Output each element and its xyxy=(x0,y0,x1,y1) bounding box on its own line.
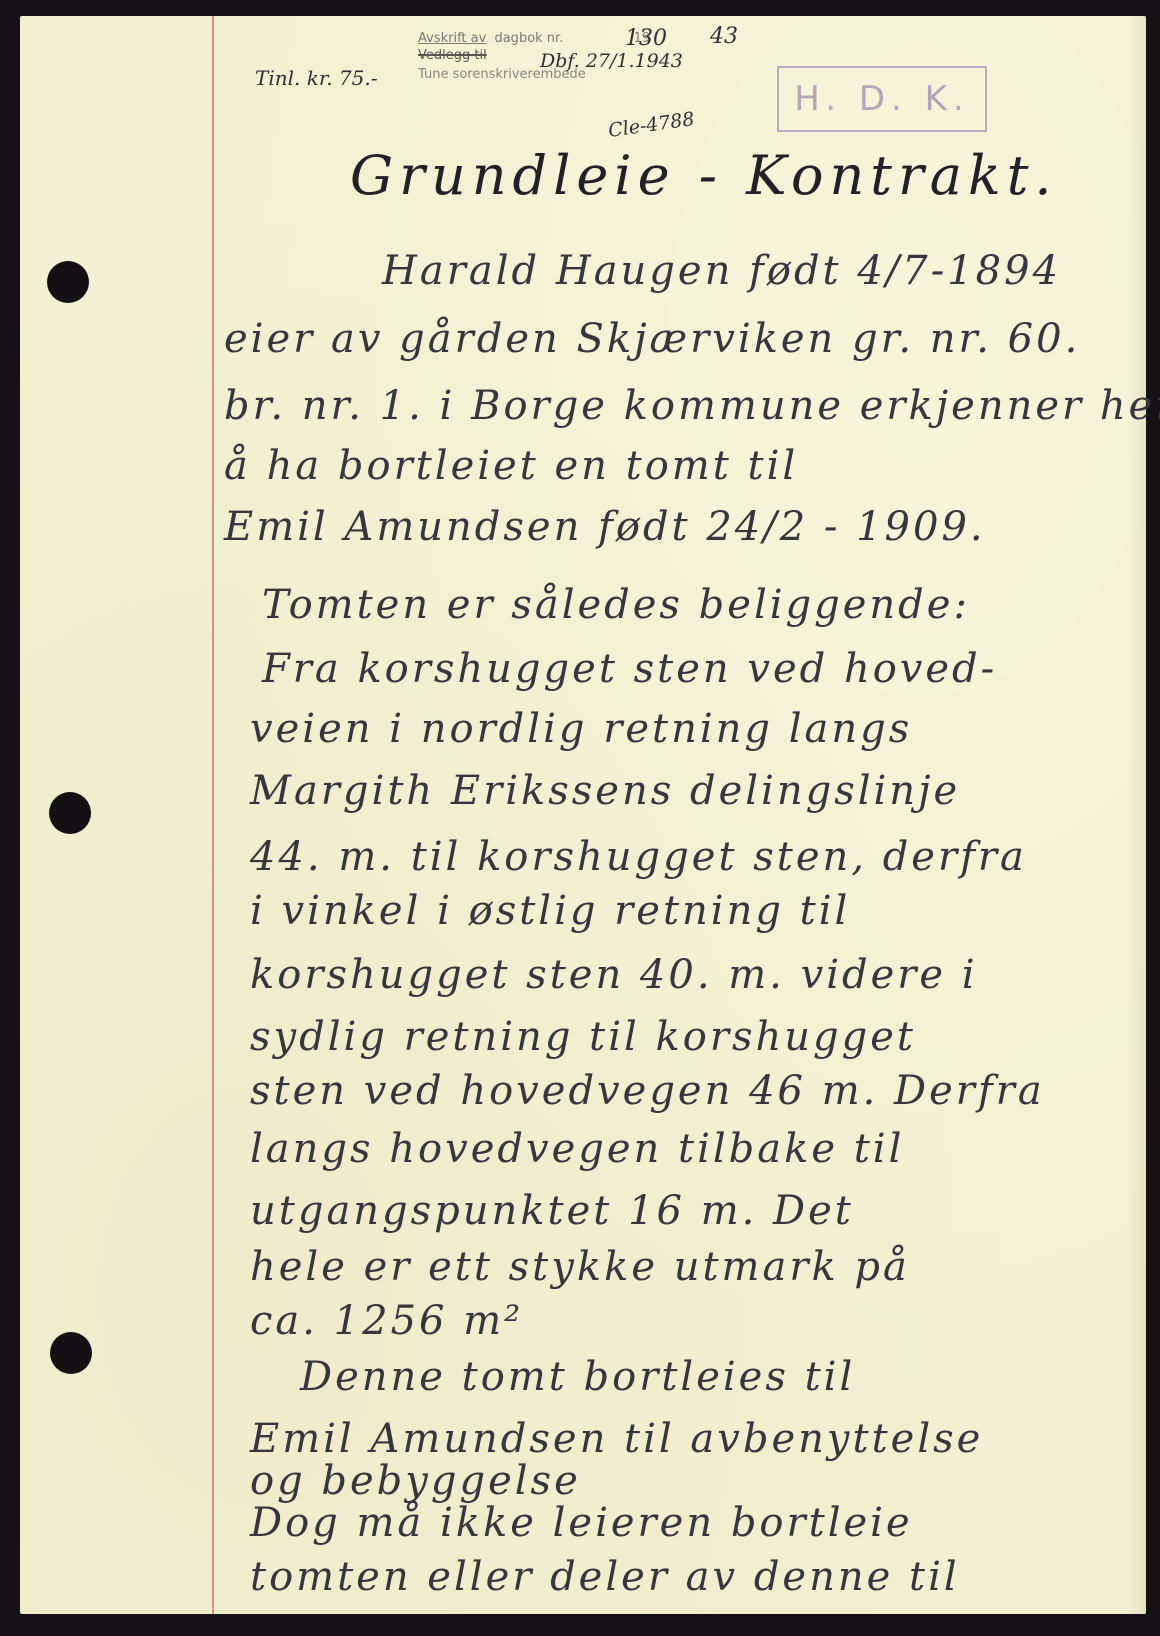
hdk-stamp: H. D. K. xyxy=(777,66,987,132)
body-line: Emil Amundsen til avbenyttelse xyxy=(250,1416,983,1462)
body-line: i vinkel i østlig retning til xyxy=(250,888,850,934)
body-line: sydlig retning til korshugget xyxy=(250,1014,916,1060)
margin-line xyxy=(212,16,214,1614)
body-line: hele er ett stykke utmark på xyxy=(250,1244,910,1290)
document-page: Tinl. kr. 75.- Avskrift av dagbok nr. 19… xyxy=(20,16,1146,1614)
body-line: Denne tomt bortleies til xyxy=(300,1354,855,1400)
body-line: langs hovedvegen tilbake til xyxy=(250,1126,904,1172)
page-edge-shadow xyxy=(1128,16,1146,1614)
body-line: Emil Amundsen født 24/2 - 1909. xyxy=(224,504,986,550)
dagbok-year: 43 xyxy=(710,24,738,49)
body-line: Harald Haugen født 4/7-1894 xyxy=(382,248,1061,294)
body-line: Tomten er således beliggende: xyxy=(262,582,970,628)
body-line: tomten eller deler av denne til xyxy=(250,1554,960,1600)
body-line: Dog må ikke leieren bortleie xyxy=(250,1500,913,1546)
case-reference: Cle-4788 xyxy=(607,108,696,142)
body-line: Fra korshugget sten ved hoved- xyxy=(262,646,997,692)
dbf-date: Dbf. 27/1.1943 xyxy=(540,50,683,72)
stamp-dagbok-label: dagbok nr. xyxy=(494,31,563,46)
body-line: br. nr. 1. i Borge kommune erkjenner her… xyxy=(224,383,1160,429)
body-line: utgangspunktet 16 m. Det xyxy=(250,1188,854,1234)
body-line: veien i nordlig retning langs xyxy=(250,706,912,752)
binder-hole-icon xyxy=(49,792,91,834)
stamp-vedlegg-struck: Vedlegg til xyxy=(418,48,487,63)
body-line: å ha bortleiet en tomt til xyxy=(224,443,798,489)
body-line: eier av gården Skjærviken gr. nr. 60. xyxy=(224,316,1080,362)
margin-note-fee: Tinl. kr. 75.- xyxy=(255,66,378,90)
body-line: Margith Erikssens delingslinje xyxy=(250,768,960,814)
binder-hole-icon xyxy=(50,1332,92,1374)
body-line: og bebyggelse xyxy=(250,1458,581,1504)
body-line: sten ved hovedvegen 46 m. Derfra xyxy=(250,1068,1045,1114)
dagbok-number: 130 xyxy=(625,26,667,51)
body-line: korshugget sten 40. m. videre i xyxy=(250,952,978,998)
stamp-avskrift: Avskrift av xyxy=(418,31,486,46)
body-line: 44. m. til korshugget sten, derfra xyxy=(250,834,1027,880)
body-line: ca. 1256 m² xyxy=(250,1298,523,1344)
document-title: Grundleie - Kontrakt. xyxy=(350,144,1058,207)
binder-hole-icon xyxy=(47,261,89,303)
